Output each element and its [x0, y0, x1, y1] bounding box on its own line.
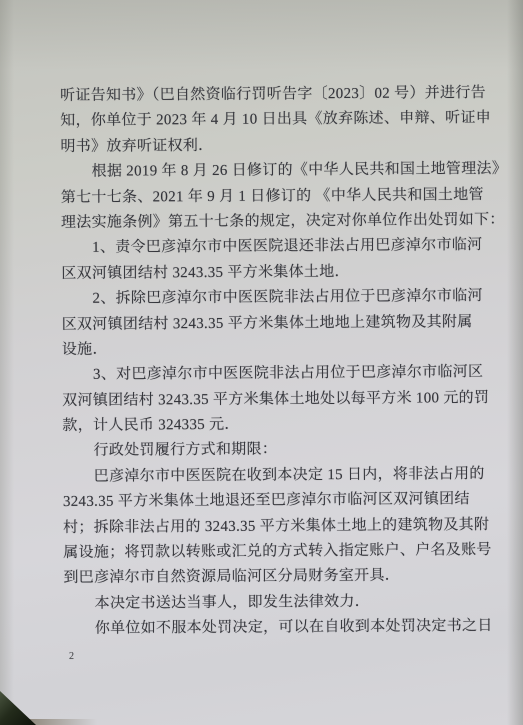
document-line: 1、责令巴彦淖尔市中医医院退还非法占用巴彦淖尔市临河 — [61, 233, 479, 261]
document-line: 本决定书送达当事人，即发生法律效力． — [64, 589, 482, 617]
document-line: 到巴彦淖尔市自然资源局临河区分局财务室开具． — [63, 563, 481, 591]
page-number: 2 — [69, 651, 74, 662]
document-line: 行政处罚履行方式和期限： — [62, 437, 480, 465]
document-line: 知，你单位于 2023 年 4 月 10 日出具《放弃陈述、申辩、听证申 — [60, 106, 478, 134]
desk-corner — [0, 691, 36, 725]
document-line: 3243.35 平方米集体土地退还至巴彦淖尔市临河区双河镇团结 — [63, 487, 481, 515]
paper-shading-top — [0, 0, 523, 70]
document-line: 区双河镇团结村 3243.35 平方米集体土地地上建筑物及其附属 — [62, 310, 480, 338]
paper-shading-left — [0, 0, 14, 725]
document-line: 你单位如不服本处罚决定，可以在自收到本处罚决定书之日 — [64, 614, 482, 642]
document-line: 理法实施条例》第五十七条的规定，决定对你单位作出处罚如下： — [61, 208, 479, 236]
document-line: 村；拆除非法占用的 3243.35 平方米集体土地上的建筑物及其附 — [63, 513, 481, 541]
document-line: 明书》放弃听证权利． — [60, 132, 478, 160]
document-text-block: 听证告知书》（巴自然资临行罚听告字〔2023〕02 号）并进行告知，你单位于 2… — [60, 81, 482, 642]
document-line: 双河镇团结村 3243.35 平方米集体土地处以每平方米 100 元的罚 — [62, 386, 480, 414]
document-line: 3、对巴彦淖尔市中医医院非法占用位于巴彦淖尔市临河区 — [62, 360, 480, 388]
document-line: 巴彦淖尔市中医医院在收到本决定 15 日内，将非法占用的 — [63, 462, 481, 490]
scanned-document-photo: 听证告知书》（巴自然资临行罚听告字〔2023〕02 号）并进行告知，你单位于 2… — [0, 0, 523, 725]
document-line: 款，计人民币 324335 元． — [62, 411, 480, 439]
document-line: 设施． — [62, 335, 480, 363]
document-line: 第七十七条、2021 年 9 月 1 日修订的 《中华人民共和国土地管 — [61, 183, 479, 211]
document-line: 属设施；将罚款以转账或汇兑的方式转入指定账户、户名及账号 — [63, 538, 481, 566]
document-lines: 听证告知书》（巴自然资临行罚听告字〔2023〕02 号）并进行告知，你单位于 2… — [60, 81, 482, 642]
paper-edge-shadow — [507, 0, 523, 725]
document-line: 区双河镇团结村 3243.35 平方米集体土地． — [61, 259, 479, 287]
document-line: 听证告知书》（巴自然资临行罚听告字〔2023〕02 号）并进行告 — [60, 81, 478, 109]
document-line: 2、拆除巴彦淖尔市中医医院非法占用位于巴彦淖尔市临河 — [61, 284, 479, 312]
document-line: 根据 2019 年 8 月 26 日修订的《中华人民共和国土地管理法》 — [61, 157, 479, 185]
